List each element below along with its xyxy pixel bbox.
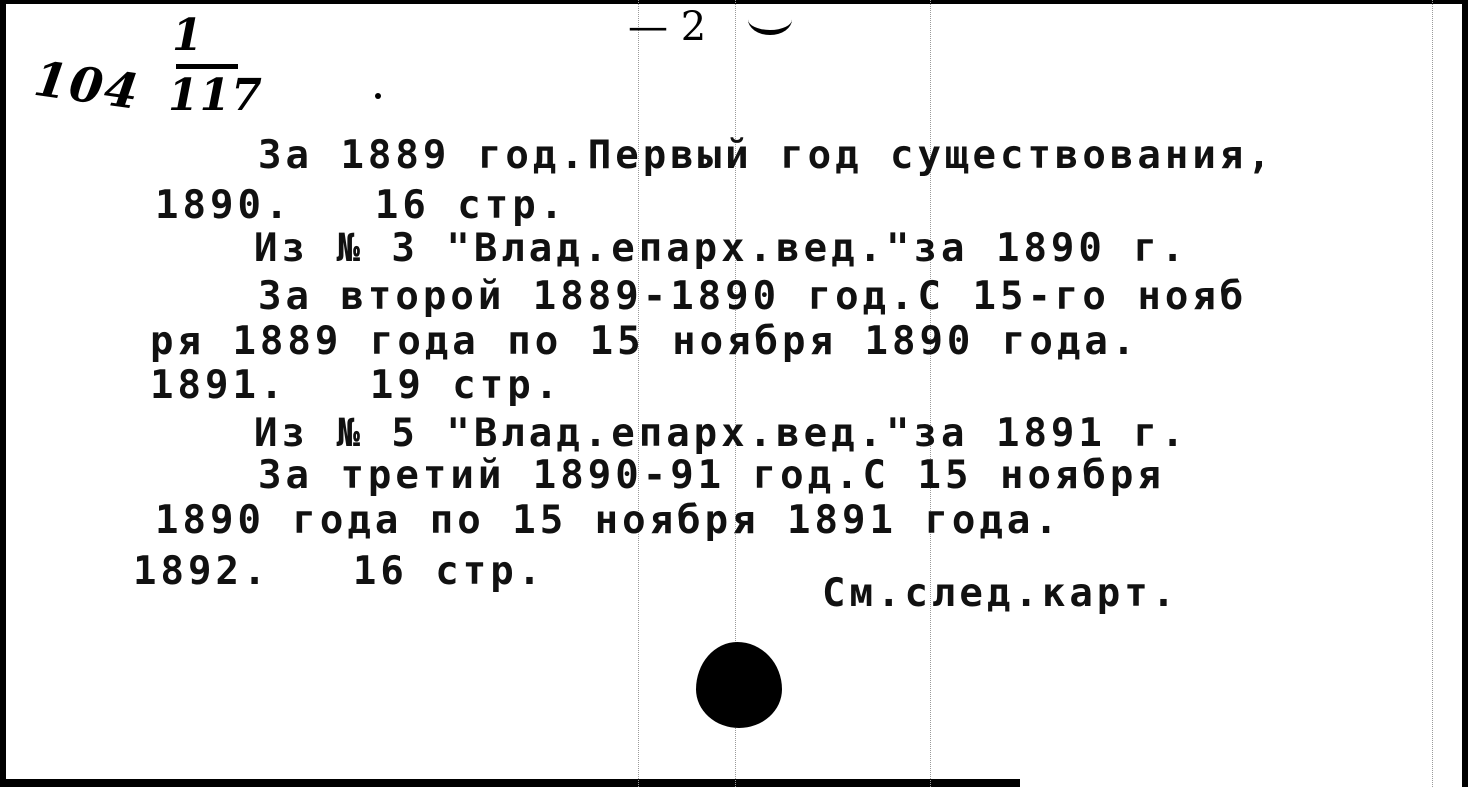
typed-line: 1891. 19 стр.	[150, 366, 562, 405]
typed-line-see-next-card: См.след.карт.	[822, 574, 1179, 613]
typed-line: 1890. 16 стр.	[155, 186, 567, 225]
ink-dot	[375, 93, 381, 99]
typed-line: 1892. 16 стр.	[133, 552, 545, 591]
scan-guide-line	[930, 0, 931, 787]
page-mark-arc	[748, 4, 792, 35]
scan-guide-line	[638, 0, 639, 787]
scan-guide-line	[1432, 0, 1433, 787]
punch-hole	[696, 642, 782, 728]
typed-line: Из № 5 "Влад.епарх.вед."за 1891 г.	[254, 414, 1188, 453]
scan-border-top	[0, 0, 1468, 4]
handwritten-number: 104	[31, 51, 144, 121]
typed-line: За второй 1889-1890 год.С 15-го нояб	[258, 277, 1247, 316]
scan-border-right	[1462, 0, 1468, 787]
scan-border-left	[0, 0, 6, 787]
typed-line: За 1889 год.Первый год существования,	[258, 136, 1275, 175]
typed-line: Из № 3 "Влад.епарх.вед."за 1890 г.	[254, 229, 1188, 268]
fraction-bar	[176, 64, 238, 69]
typed-line: ря 1889 года по 15 ноября 1890 года.	[150, 322, 1139, 361]
typed-line: За третий 1890-91 год.С 15 ноября	[258, 456, 1165, 495]
index-card: 104 1 117 — 2 За 1889 год.Первый год сущ…	[0, 0, 1468, 787]
handwritten-fraction-bottom: 117	[168, 70, 263, 121]
typed-line: 1890 года по 15 ноября 1891 года.	[155, 501, 1062, 540]
scan-border-bottom	[0, 779, 1020, 787]
handwritten-fraction-top: 1	[172, 10, 203, 61]
page-number: — 2	[628, 4, 706, 50]
